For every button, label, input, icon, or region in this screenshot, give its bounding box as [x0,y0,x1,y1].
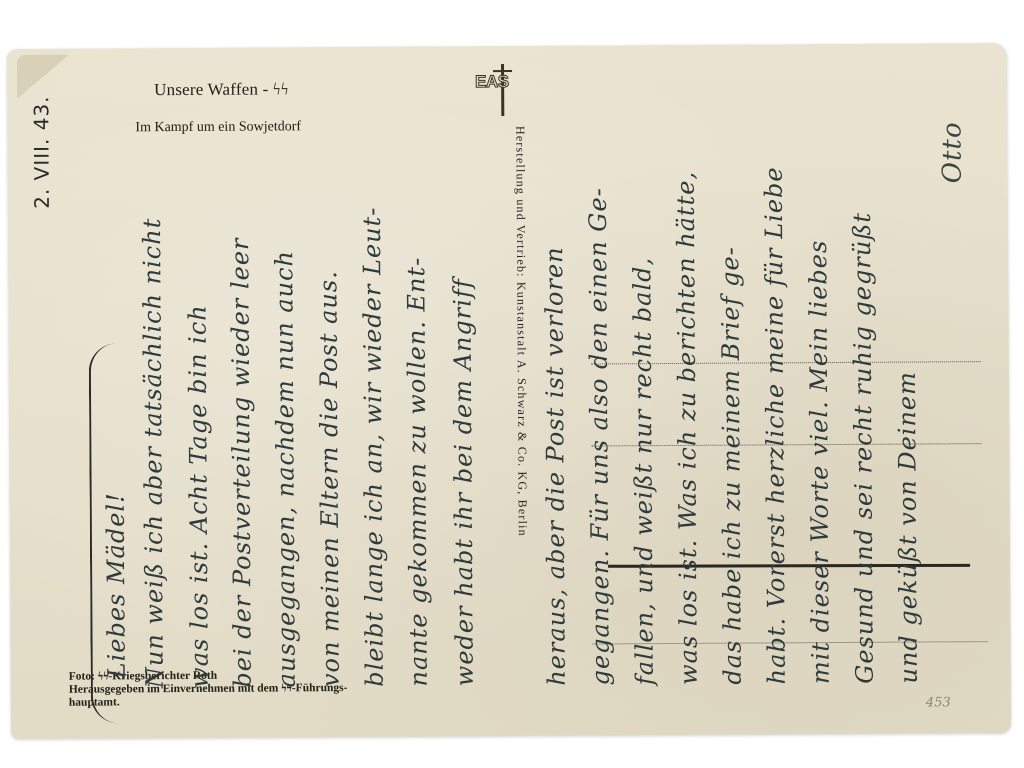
message-text: heraus, aber die Post ist verloren [540,246,571,685]
corner-crease [17,55,79,99]
publisher-logo-icon: EAS [473,64,535,118]
message-text: mit dieser Worte viel. Mein liebes [804,240,835,685]
message-text: habt. Vorerst herzliche meine für Liebe [760,166,791,684]
date-text: 2. VIII. 43. [29,95,54,208]
message-text: was los ist. Acht Tage bin ich [183,304,213,688]
message-text: Gesund und sei recht ruhig gegrüßt [848,212,879,684]
signature-text: Otto [937,121,967,183]
salutation-text: Liebes Mädel! [102,492,131,678]
message-text: bei der Postverteilung wieder leer [226,237,257,687]
message-text: nante gekommen zu wollen. Ent- [402,257,433,687]
publisher-imprint-text: Herstellung und Vertrieb: Kunstanstalt A… [512,126,530,537]
faint-pencil-mark: 453 [926,695,951,710]
postcard: Unsere Waffen - ϟϟ Im Kampf um ein Sowje… [7,43,1011,739]
message-text: fallen, und weißt nur recht bald, [628,257,659,685]
card-subtitle: Im Kampf um ein Sowjetdorf [135,119,301,136]
publisher-imprint: Herstellung und Vertrieb: Kunstanstalt A… [513,126,536,686]
message-text: weder habt ihr bei dem Angriff [448,278,478,686]
message-text: Nun weiß ich aber tatsächlich nicht [138,218,169,689]
message-text: was los ist. Was ich zu berichten hätte, [672,171,703,685]
message-text: gegangen. Für uns also den einen Ge- [584,187,615,685]
card-title: Unsere Waffen - ϟϟ [154,79,289,100]
message-text: das habe ich zu meinem Brief ge- [716,246,747,685]
message-text: bleibt lange ich an, wir wieder Leut- [358,207,389,687]
message-text: und geküßt von Deinem [893,371,923,684]
publisher-logo-text: EAS [475,72,509,92]
message-text: von meinen Eltern die Post aus. [314,270,345,687]
message-text: ausgegangen, nachdem nun auch [270,250,301,688]
